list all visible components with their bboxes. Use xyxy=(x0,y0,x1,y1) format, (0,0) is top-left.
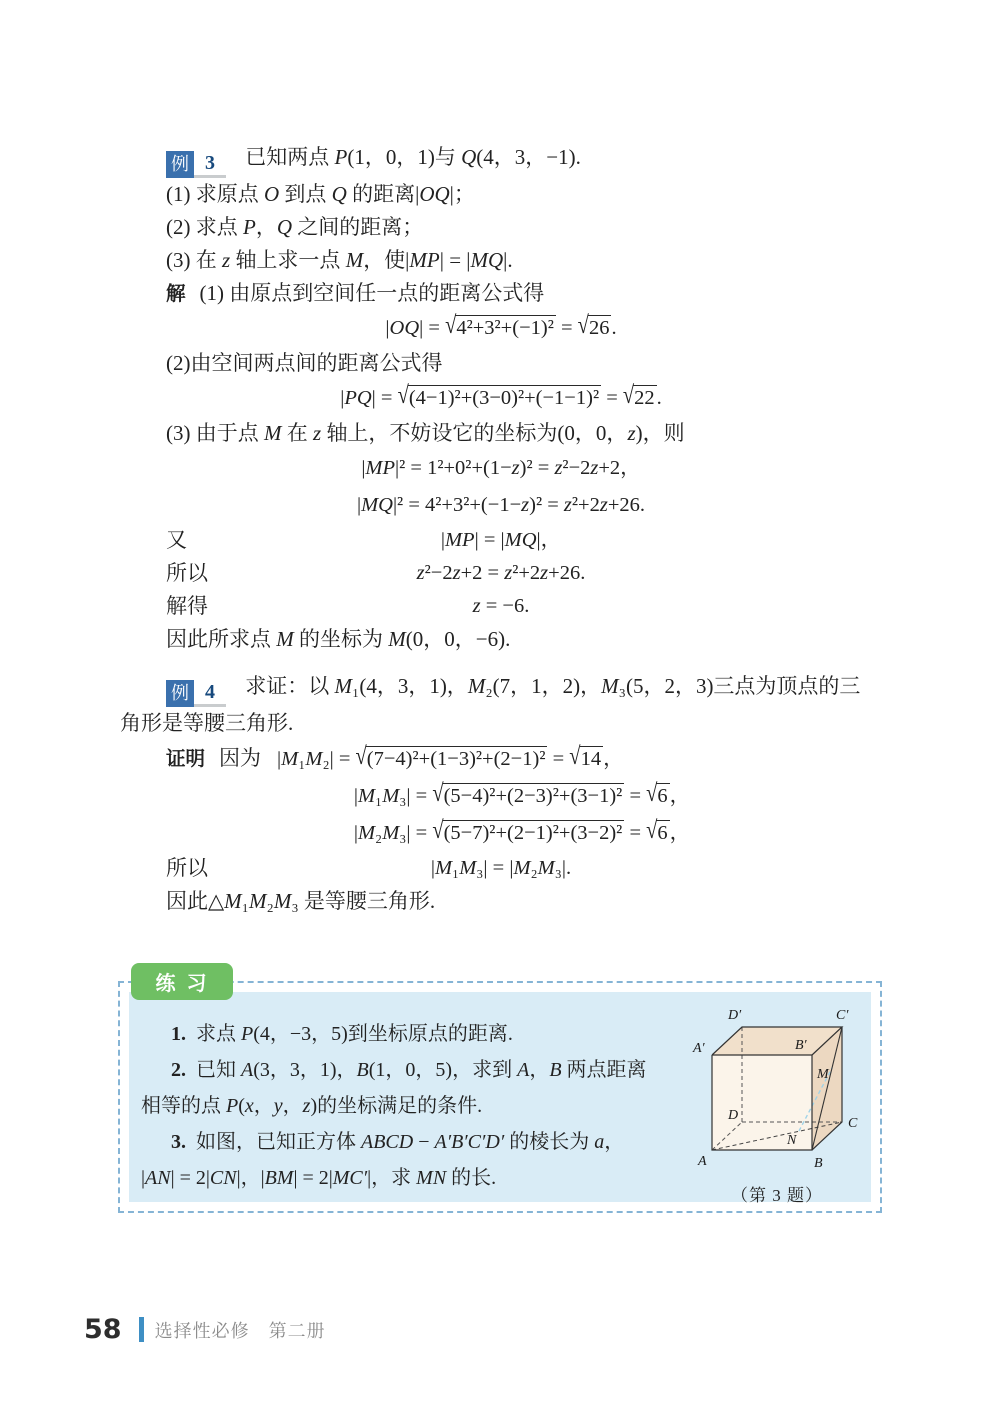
problem-text: 已知 A(3，3，1)，B(1，0，5)，求到 A，B 两点距离 xyxy=(196,1059,647,1081)
vertex-label-D: D xyxy=(727,1108,738,1123)
problem-number: 3. xyxy=(171,1131,186,1153)
example3-step2: (2)由空间两点间的距离公式得 xyxy=(120,347,882,380)
so-row: 所以 z²−2z+2 = z²+2z+26. xyxy=(120,557,882,590)
formula-mp-eq-mq: |MP| = |MQ|， xyxy=(120,524,882,557)
example4-heading: 例 4 求证：以 M₁(4，3，1)，M₂(7，1，2)，M₃(5，2，3)三点… xyxy=(120,670,882,707)
example4-intro-line1: 求证：以 M₁(4，3，1)，M₂(7，1，2)，M₃(5，2，3)三点为顶点的… xyxy=(245,674,860,698)
accent-bar xyxy=(139,1317,144,1342)
example4-badge: 例 4 xyxy=(166,680,226,707)
formula-m1m2: |M₁M₂| = √(7−4)²+(1−3)²+(2−1)² = √14， xyxy=(277,748,624,770)
page-number: 58 xyxy=(84,1314,122,1345)
because-label: 因为 xyxy=(219,746,261,770)
solution-label: 解 xyxy=(166,282,186,305)
cube-diagram: A B C D A′ B′ C′ D′ M N xyxy=(692,1002,862,1174)
formula-mq: |MQ|² = 4²+3²+(−1−z)² = z²+2z+26. xyxy=(120,487,882,524)
formula-m2m3: |M₂M₃| = √(5−7)²+(2−1)²+(3−2)² = √6， xyxy=(120,815,882,852)
example-badge-icon: 例 xyxy=(166,151,194,178)
problem-text: 求点 P(4，−3，5)到坐标原点的距离. xyxy=(196,1023,513,1045)
example4-conclusion: 因此△M₁M₂M₃ 是等腰三角形. xyxy=(120,885,882,918)
formula-pq: |PQ| = √(4−1)²+(3−0)²+(−1−1)² = √22. xyxy=(120,380,882,417)
vertex-label-C-prime: C′ xyxy=(836,1008,849,1023)
also-label: 又 xyxy=(166,524,187,557)
formula-z-value: z = −6. xyxy=(120,590,882,623)
example3-step3: (3) 由于点 M 在 z 轴上，不妨设它的坐标为(0，0，z)，则 xyxy=(120,417,882,450)
formula-isosceles-eq: |M₁M₃| = |M₂M₃|. xyxy=(120,852,882,885)
formula-z-equation: z²−2z+2 = z²+2z+26. xyxy=(120,557,882,590)
vertex-label-C: C xyxy=(848,1116,858,1131)
example3-item-2: (2) 求点 P，Q 之间的距离； xyxy=(120,211,882,244)
cube-figure-container: A B C D A′ B′ C′ D′ M N （第 3 题） xyxy=(691,1002,863,1206)
proof-label: 证明 xyxy=(166,747,205,770)
solve-row: 解得 z = −6. xyxy=(120,590,882,623)
formula-oq: |OQ| = √4²+3²+(−1)² = √26. xyxy=(120,310,882,347)
formula-m1m3: |M₁M₃| = √(5−4)²+(2−3)²+(3−1)² = √6， xyxy=(120,778,882,815)
example3-intro: 已知两点 P(1，0，1)与 Q(4，3，−1). xyxy=(245,145,581,169)
example-badge-number: 4 xyxy=(194,680,226,707)
formula-mp: |MP|² = 1²+0²+(1−z)² = z²−2z+2， xyxy=(120,450,882,487)
point-label-N: N xyxy=(786,1133,797,1148)
example4-intro-line2: 角形是等腰三角形. xyxy=(120,707,882,740)
point-label-M: M xyxy=(816,1067,830,1082)
example3-conclusion: 因此所求点 M 的坐标为 M(0，0，−6). xyxy=(120,623,882,656)
figure-caption: （第 3 题） xyxy=(691,1181,863,1206)
example3-badge: 例 3 xyxy=(166,151,226,178)
example-badge-icon: 例 xyxy=(166,680,194,707)
textbook-page: 例 3 已知两点 P(1，0，1)与 Q(4，3，−1). (1) 求原点 O … xyxy=(0,0,1000,1422)
book-title: 选择性必修 第二册 xyxy=(155,1317,326,1343)
example3-item-1: (1) 求原点 O 到点 Q 的距离|OQ|； xyxy=(120,178,882,211)
example3-solution-intro: 解(1) 由原点到空间任一点的距离公式得 xyxy=(120,277,882,310)
so-label: 所以 xyxy=(166,852,208,885)
vertex-label-A: A xyxy=(697,1154,707,1169)
practice-box: 1.求点 P(4，−3，5)到坐标原点的距离. 2.已知 A(3，3，1)，B(… xyxy=(118,981,882,1213)
vertex-label-B: B xyxy=(814,1156,823,1171)
vertex-label-D-prime: D′ xyxy=(727,1008,742,1023)
example3-heading: 例 3 已知两点 P(1，0，1)与 Q(4，3，−1). xyxy=(120,141,882,178)
example-4-block: 例 4 求证：以 M₁(4，3，1)，M₂(7，1，2)，M₃(5，2，3)三点… xyxy=(120,670,882,918)
solution-intro-text: (1) 由原点到空间任一点的距离公式得 xyxy=(200,281,545,305)
cube-front-face xyxy=(712,1055,812,1150)
example4-proof-row: 证明因为|M₁M₂| = √(7−4)²+(1−3)²+(2−1)² = √14… xyxy=(120,740,882,778)
so-row: 所以 |M₁M₃| = |M₂M₃|. xyxy=(120,852,882,885)
vertex-label-A-prime: A′ xyxy=(692,1041,706,1056)
practice-tab: 练 习 xyxy=(131,963,233,1000)
so-label: 所以 xyxy=(166,557,208,590)
also-row: 又 |MP| = |MQ|， xyxy=(120,524,882,557)
example-3-block: 例 3 已知两点 P(1，0，1)与 Q(4，3，−1). (1) 求原点 O … xyxy=(120,141,882,656)
vertex-label-B-prime: B′ xyxy=(795,1038,808,1053)
example3-item-3: (3) 在 z 轴上求一点 M，使|MP| = |MQ|. xyxy=(120,244,882,277)
solve-result-label: 解得 xyxy=(166,590,208,623)
practice-panel: 1.求点 P(4，−3，5)到坐标原点的距离. 2.已知 A(3，3，1)，B(… xyxy=(129,992,871,1202)
problem-text: 如图，已知正方体 ABCD − A′B′C′D′ 的棱长为 a， xyxy=(196,1131,624,1153)
example-badge-number: 3 xyxy=(194,151,226,178)
problem-number: 1. xyxy=(171,1023,186,1045)
problem-number: 2. xyxy=(171,1059,186,1081)
page-footer: 58 选择性必修 第二册 xyxy=(84,1314,326,1345)
